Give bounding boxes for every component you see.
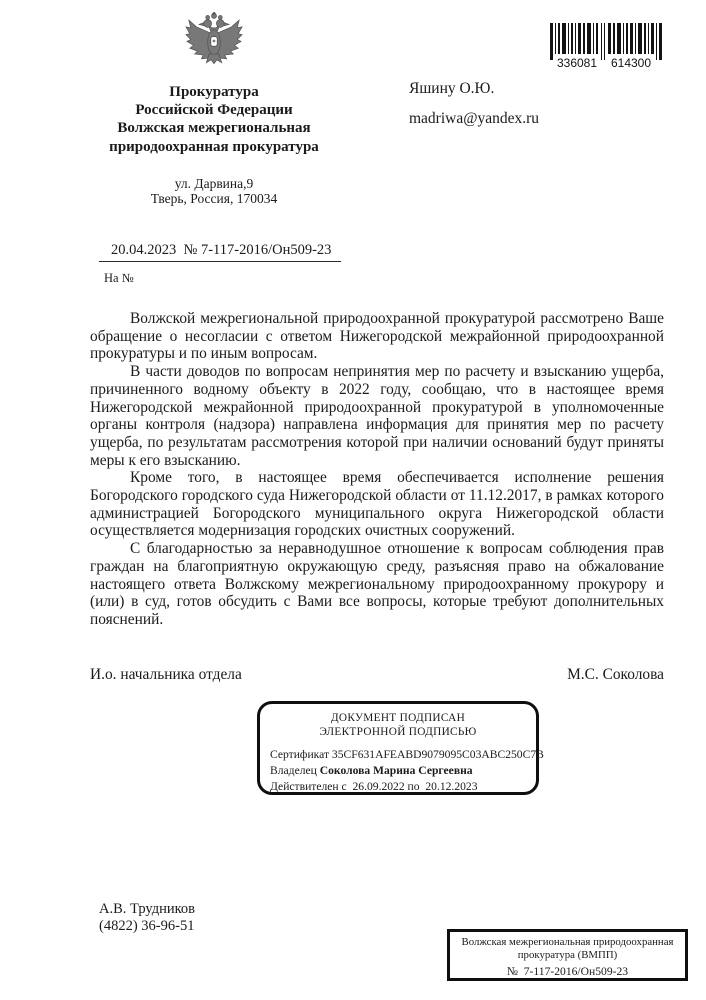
org-line: Волжская межрегиональная <box>90 119 338 137</box>
stamp-owner-name: Соколова Марина Сергеевна <box>320 764 473 777</box>
stamp-certificate: Сертификат 35CF631AFEABD9079095C03ABC250… <box>270 747 526 763</box>
document-page: Прокуратура Российской Федерации Волжска… <box>0 0 706 1000</box>
executor-block: А.В. Трудников (4822) 36-96-51 <box>99 901 195 935</box>
addressee-block: Яшину О.Ю. madriwa@yandex.ru <box>409 80 539 128</box>
registration-stamp: Волжская межрегиональная природоохранная… <box>447 929 688 981</box>
letterhead: Прокуратура Российской Федерации Волжска… <box>90 12 338 206</box>
electronic-signature-stamp: ДОКУМЕНТ ПОДПИСАН ЭЛЕКТРОННОЙ ПОДПИСЬЮ С… <box>257 701 539 795</box>
registration-org: Волжская межрегиональная природоохранная… <box>450 936 685 962</box>
stamp-title-line: ЭЛЕКТРОННОЙ ПОДПИСЬЮ <box>270 726 526 740</box>
signature-row: И.о. начальника отдела М.С. Соколова <box>90 666 664 684</box>
coat-of-arms-icon <box>183 12 245 72</box>
stamp-validity: Действителен с 26.09.2022 по 20.12.2023 <box>270 779 526 795</box>
org-line: природоохранная прокуратура <box>90 138 338 156</box>
org-line: Российской Федерации <box>90 101 338 119</box>
registration-org-line: Волжская межрегиональная природоохранная <box>450 936 685 949</box>
barcode-digits-left: 336081 <box>557 56 597 70</box>
org-name: Прокуратура Российской Федерации Волжска… <box>90 83 338 156</box>
org-line: Прокуратура <box>90 83 338 101</box>
executor-name: А.В. Трудников <box>99 901 195 918</box>
barcode-digits-right: 614300 <box>611 56 651 70</box>
stamp-owner-label: Владелец <box>270 764 320 777</box>
registration-number: № 7-117-2016/Он509-23 <box>450 965 685 978</box>
stamp-owner: Владелец Соколова Марина Сергеевна <box>270 763 526 779</box>
letter-body: Волжской межрегиональной природоохранной… <box>90 310 664 629</box>
registration-org-line: прокуратура (ВМПП) <box>450 949 685 962</box>
body-paragraph: В части доводов по вопросам непринятия м… <box>90 363 664 469</box>
body-paragraph: С благодарностью за неравнодушное отноше… <box>90 540 664 629</box>
reply-to-label: На № <box>104 271 134 286</box>
address-line: ул. Дарвина,9 <box>90 177 338 192</box>
outgoing-date-number: 20.04.2023 № 7-117-2016/Он509-23 <box>99 242 341 262</box>
addressee-email: madriwa@yandex.ru <box>409 110 539 128</box>
stamp-title-line: ДОКУМЕНТ ПОДПИСАН <box>270 712 526 726</box>
signer-name: М.С. Соколова <box>567 666 664 684</box>
reference-line: 20.04.2023 № 7-117-2016/Он509-23 <box>99 242 341 262</box>
barcode: 336081 614300 <box>550 23 662 75</box>
body-paragraph: Волжской межрегиональной природоохранной… <box>90 310 664 363</box>
executor-phone: (4822) 36-96-51 <box>99 918 195 935</box>
signer-position: И.о. начальника отдела <box>90 666 242 684</box>
body-paragraph: Кроме того, в настоящее время обеспечива… <box>90 469 664 540</box>
address-line: Тверь, Россия, 170034 <box>90 192 338 207</box>
addressee-name: Яшину О.Ю. <box>409 80 539 98</box>
org-address: ул. Дарвина,9 Тверь, Россия, 170034 <box>90 177 338 207</box>
